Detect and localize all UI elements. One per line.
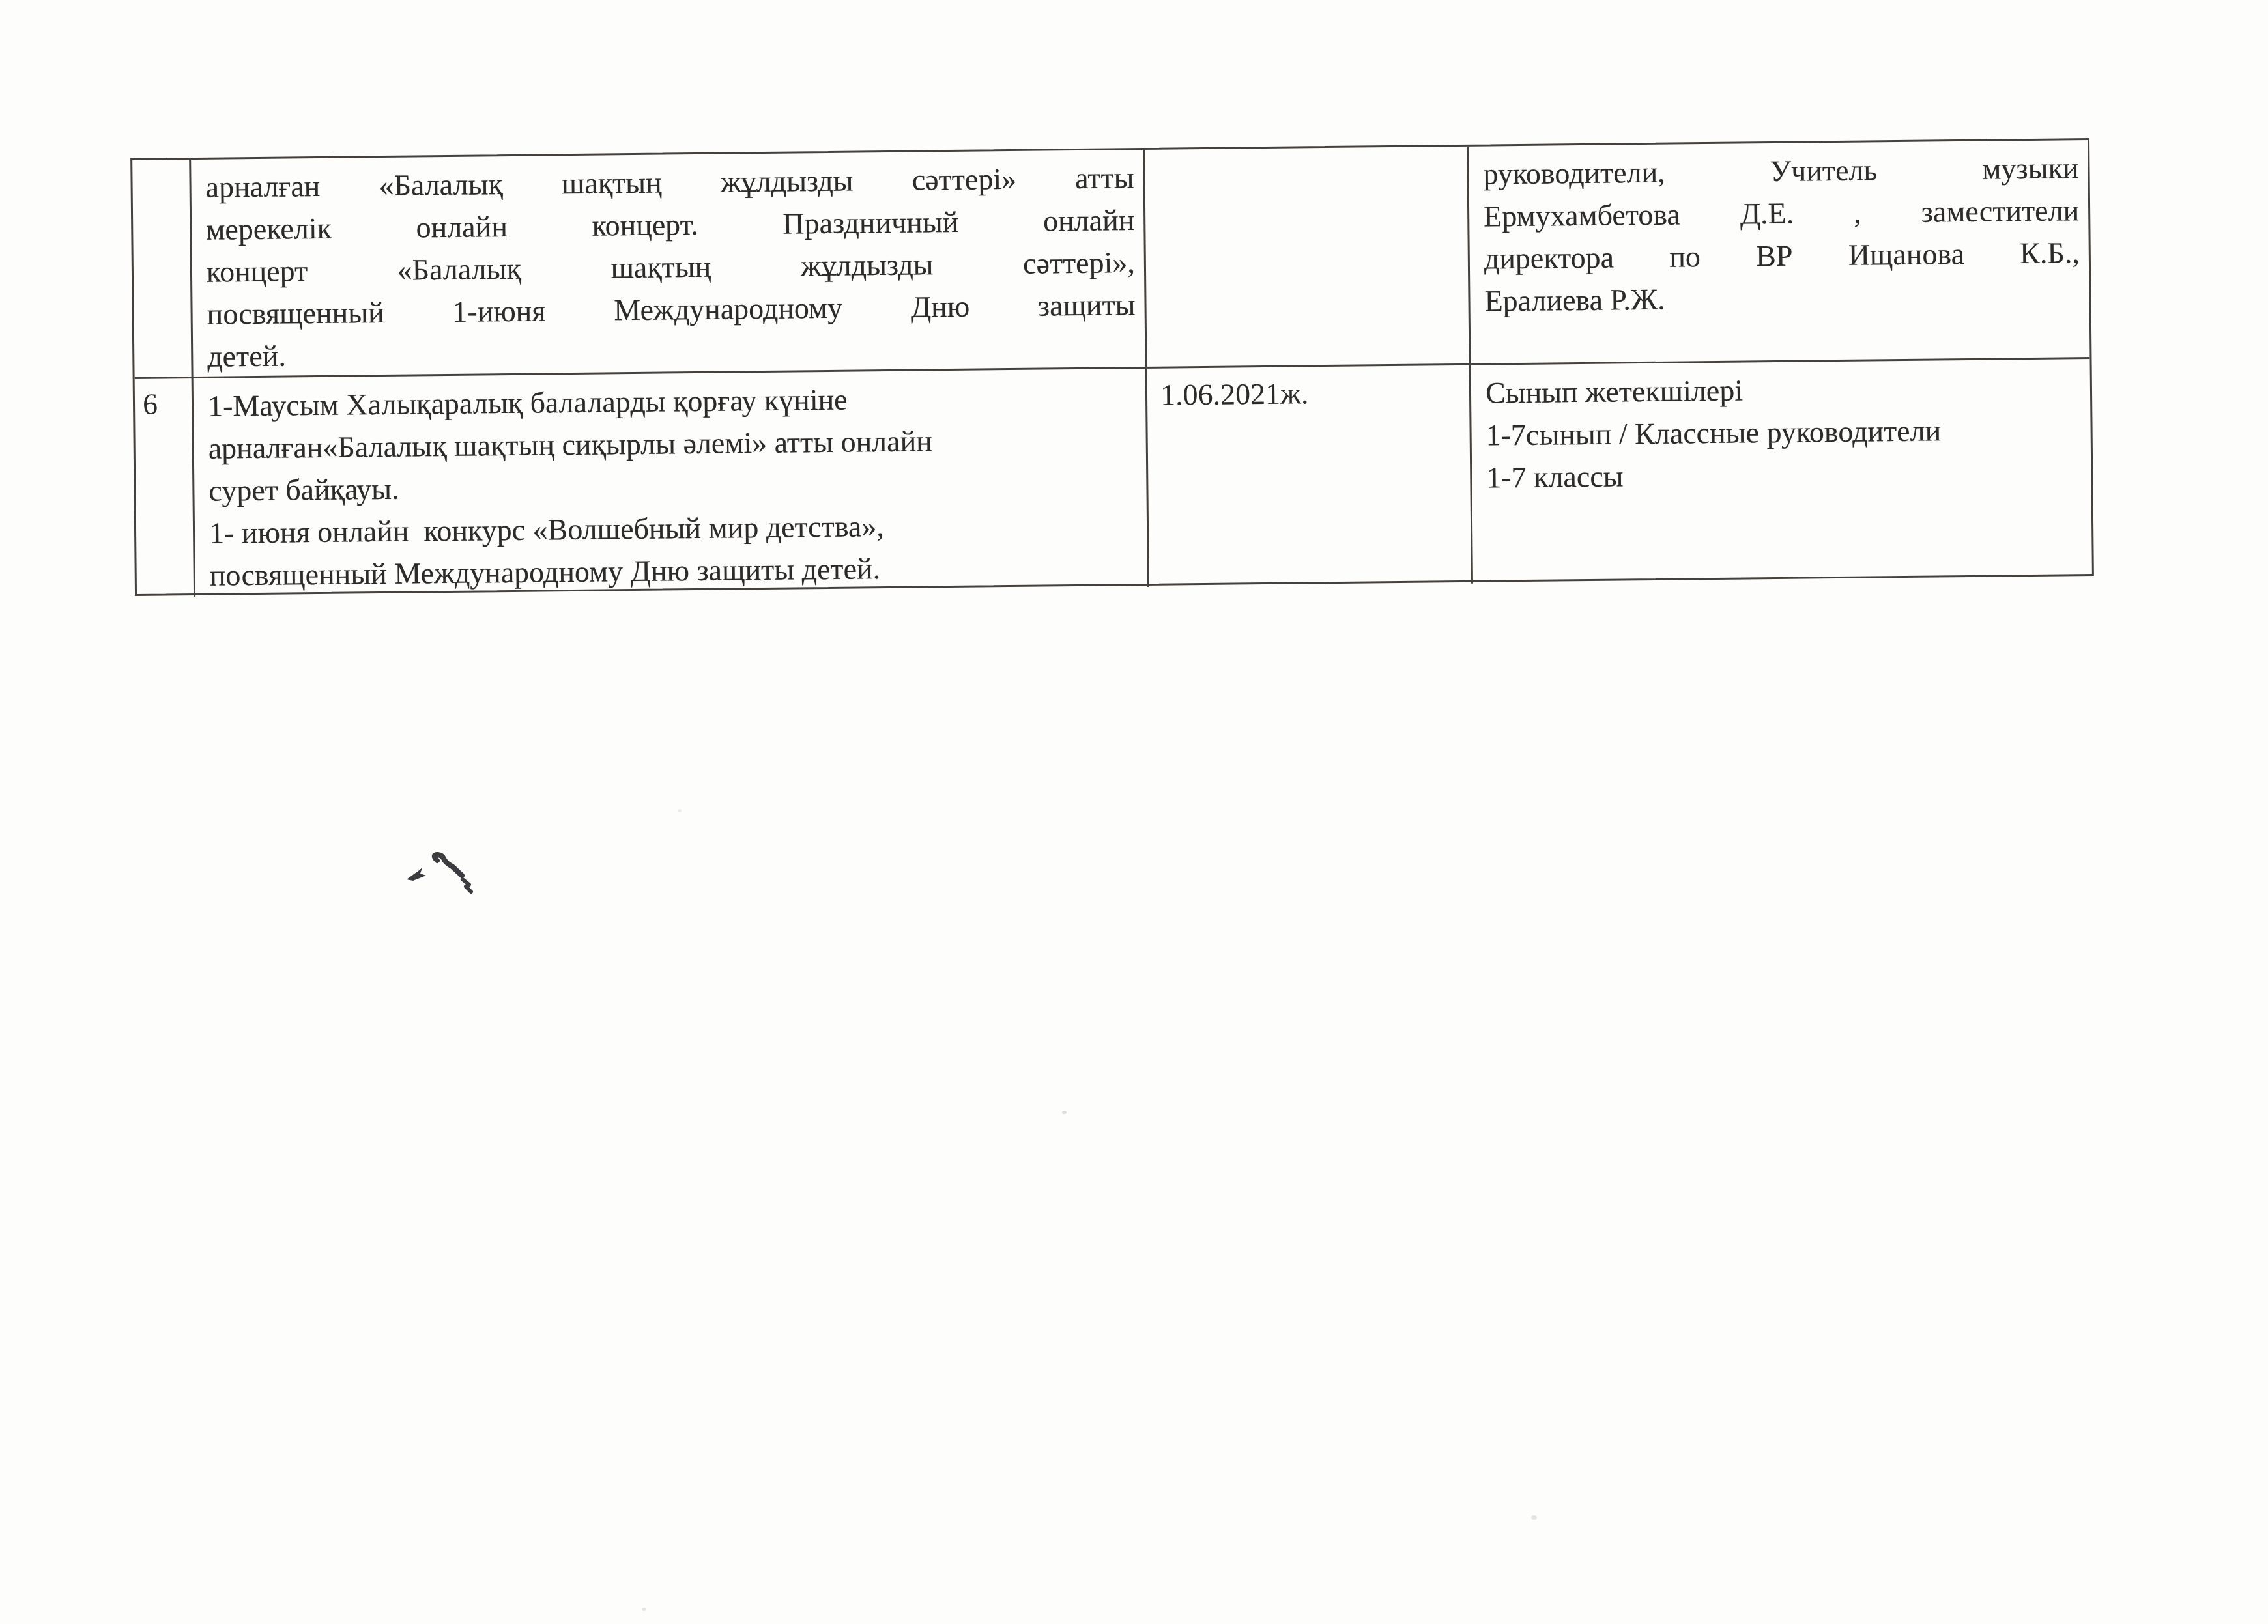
scan-speck (1531, 1515, 1537, 1520)
row5-activity-cell: арналған «Балалық шақтың жұлдызды сәттер… (191, 150, 1147, 378)
date-value: 1.06.2021ж. (1160, 377, 1309, 411)
scanned-document-page: арналған «Балалық шақтың жұлдызды сәттер… (0, 0, 2268, 1624)
responsible-line: Ералиева Р.Ж. (1484, 274, 2080, 322)
scan-speck (642, 1608, 646, 1611)
scan-speck (1062, 1111, 1067, 1114)
row5-date-cell (1145, 147, 1471, 368)
row5-number-cell (132, 160, 193, 378)
responsible-line: руководители, Учитель музыки (1483, 147, 2079, 195)
responsible-line: Сынып жетекшілері (1486, 365, 2082, 414)
row6-responsible-cell: Сынып жетекшілері 1-7сынып / Классные ру… (1471, 359, 2092, 584)
row5-responsible-cell: руководители, Учитель музыки Ермухамбето… (1469, 140, 2089, 365)
responsible-line: Ермухамбетова Д.Е. , заместители (1484, 189, 2080, 237)
activity-line: посвященный Международному Дню защиты де… (209, 545, 1138, 597)
responsible-line: директора по ВР Ищанова К.Б., (1484, 231, 2080, 279)
events-table: арналған «Балалық шақтың жұлдызды сәттер… (130, 138, 2094, 596)
row6-number-cell: 6 (135, 378, 195, 597)
row-number: 6 (143, 388, 158, 421)
row6-activity-cell: 1-Маусым Халықаралық балаларды қорғау кү… (194, 369, 1149, 597)
table-row-6: 6 1-Маусым Халықаралық балаларды қорғау … (135, 359, 2092, 597)
scan-speck (678, 809, 682, 812)
handwritten-pen-marks (390, 842, 500, 913)
responsible-line: 1-7 классы (1486, 450, 2082, 498)
responsible-line: 1-7сынып / Классные руководители (1486, 408, 2082, 456)
row6-date-cell: 1.06.2021ж. (1147, 365, 1473, 587)
table-row-5-continuation: арналған «Балалық шақтың жұлдызды сәттер… (132, 140, 2089, 379)
